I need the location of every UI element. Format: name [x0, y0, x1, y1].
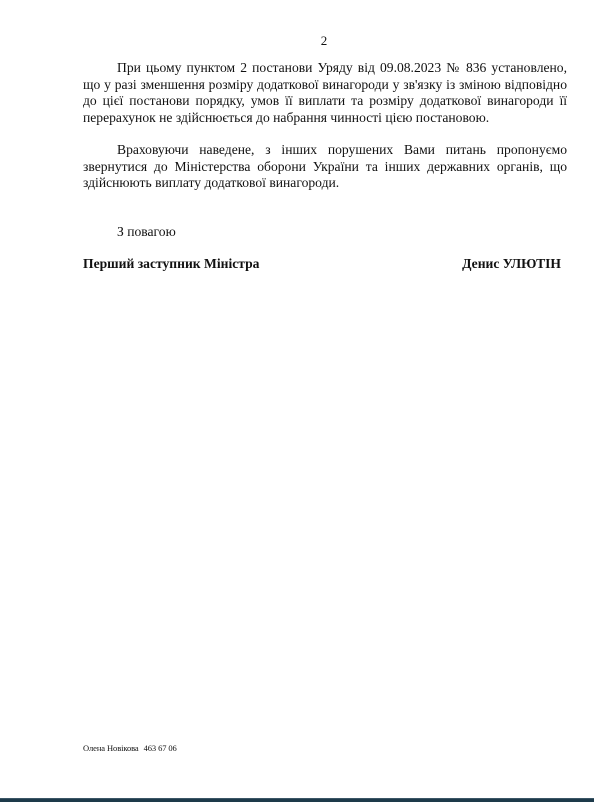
paragraph-2-block: Враховуючи наведене, з інших порушених В…	[83, 142, 567, 192]
signatory-name: Денис УЛЮТІН	[462, 256, 561, 272]
paragraph-2: Враховуючи наведене, з інших порушених В…	[83, 142, 567, 192]
paragraph-1-block: При цьому пунктом 2 постанови Уряду від …	[83, 60, 567, 126]
paragraph-1: При цьому пунктом 2 постанови Уряду від …	[83, 60, 567, 126]
executor-name: Олена Новікова	[83, 743, 139, 753]
viewer-bottom-bar	[0, 798, 594, 802]
signatory-position: Перший заступник Міністра	[83, 256, 259, 272]
signature-block: Перший заступник Міністра Денис УЛЮТІН	[83, 256, 561, 272]
executor-contact: Олена Новікова463 67 06	[83, 743, 177, 753]
closing-salutation: З повагою	[117, 224, 176, 240]
document-page: 2 При цьому пунктом 2 постанови Уряду ві…	[0, 0, 594, 798]
page-number: 2	[0, 33, 594, 49]
executor-phone: 463 67 06	[144, 743, 177, 753]
